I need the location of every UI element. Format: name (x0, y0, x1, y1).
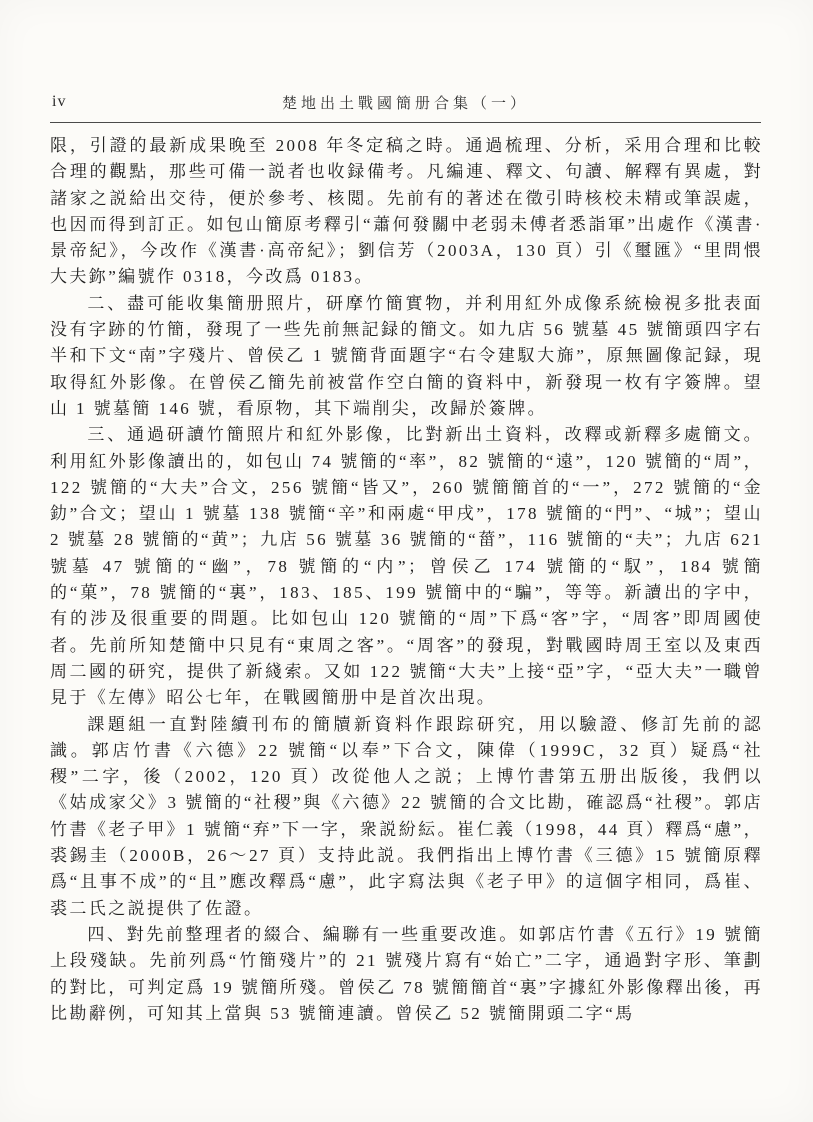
running-title: 楚地出土戰國簡册合集（一） (50, 92, 761, 113)
scanned-book-page: iv 楚地出土戰國簡册合集（一） 限，引證的最新成果晚至 2008 年冬定稿之時… (0, 0, 813, 1122)
running-head: iv 楚地出土戰國簡册合集（一） (50, 92, 761, 123)
body-text: 限，引證的最新成果晚至 2008 年冬定稿之時。通過梳理、分析，采用合理和比較合… (50, 133, 763, 1027)
body-paragraph: 課題組一直對陸續刊布的簡牘新資料作跟踪研究，用以驗證、修訂先前的認識。郭店竹書《… (50, 712, 763, 922)
body-paragraph: 二、盡可能收集簡册照片，研摩竹簡實物，并利用紅外成像系統檢視多批表面没有字跡的竹… (50, 291, 763, 422)
page-number: iv (52, 93, 66, 111)
body-paragraph: 限，引證的最新成果晚至 2008 年冬定稿之時。通過梳理、分析，采用合理和比較合… (50, 133, 763, 291)
body-paragraph: 四、對先前整理者的綴合、編聯有一些重要改進。如郭店竹書《五行》19 號簡上段殘缺… (50, 922, 763, 1027)
body-paragraph: 三、通過研讀竹簡照片和紅外影像，比對新出土資料，改釋或新釋多處簡文。利用紅外影像… (50, 422, 763, 711)
